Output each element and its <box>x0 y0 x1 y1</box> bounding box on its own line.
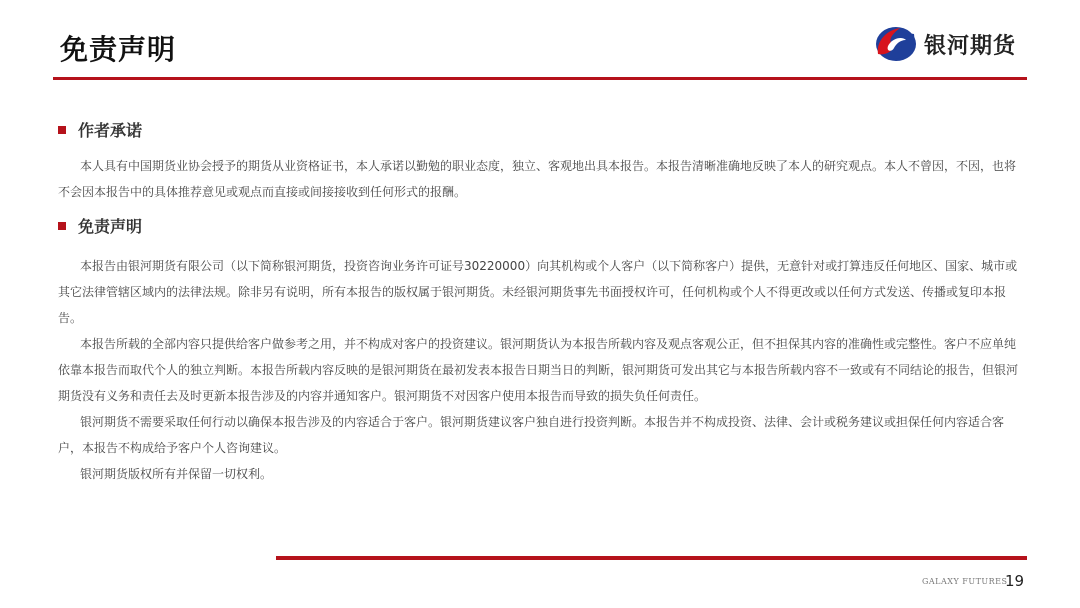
paragraph: 本报告由银河期货有限公司（以下简称银河期货，投资咨询业务许可证号30220000… <box>58 253 1018 331</box>
paragraph: 银河期货版权所有并保留一切权利。 <box>58 461 1018 487</box>
section-heading: 免责声明 <box>78 214 142 237</box>
galaxy-swirl-logo-icon <box>874 24 918 64</box>
page-title: 免责声明 <box>60 28 176 68</box>
paragraph: 银河期货不需要采取任何行动以确保本报告涉及的内容适合于客户。银河期货建议客户独自… <box>58 409 1018 461</box>
paragraph: 本报告所载的全部内容只提供给客户做参考之用，并不构成对客户的投资建议。银河期货认… <box>58 331 1018 409</box>
page-number: 19 <box>1005 572 1024 590</box>
section-heading: 作者承诺 <box>78 118 142 141</box>
header-divider <box>53 77 1027 80</box>
section-disclaimer: 免责声明 <box>58 214 142 237</box>
footer-divider <box>276 556 1027 560</box>
footer-brand: GALAXY FUTURES <box>922 577 1008 586</box>
brand-logo: 银河期货 <box>874 24 1016 64</box>
paragraph: 本人具有中国期货业协会授予的期货从业资格证书，本人承诺以勤勉的职业态度，独立、客… <box>58 153 1018 205</box>
square-bullet-icon <box>58 222 66 230</box>
square-bullet-icon <box>58 126 66 134</box>
section-author-commitment: 作者承诺 <box>58 118 142 141</box>
brand-name: 银河期货 <box>924 29 1016 60</box>
